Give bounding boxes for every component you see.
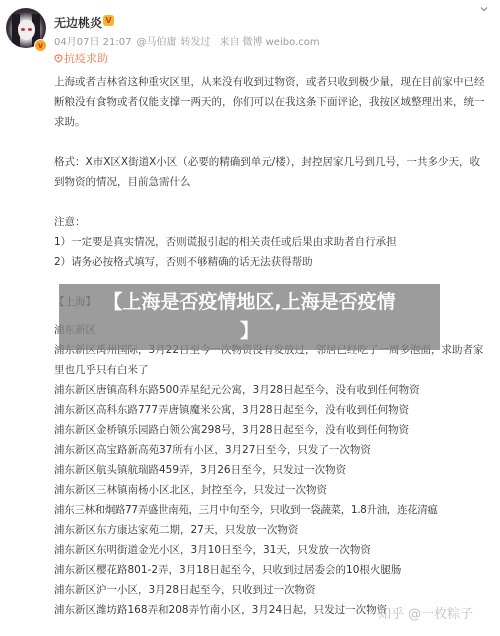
watermark: 知乎 @一枚粽子 (378, 603, 473, 622)
avatar-eye (28, 28, 32, 31)
topic-tag[interactable]: 抗疫求助 (54, 50, 108, 66)
vip-badge-icon: V (103, 15, 114, 26)
report-item: 浦东新区东方康达家苑二期，27天，只发放一次物资 (54, 520, 486, 540)
notice-item: 1）一定要是真实情况，否则谎报引起的相关责任或后果由求助者自行承担 (54, 232, 486, 252)
report-item: 浦东新区樱花路801-2弄，3月18日起至今，只收到过居委会的10根火腿肠 (54, 560, 486, 580)
report-item: 浦东新区唐镇高科东路500弄星纪元公寓，3月28日起至今，没有收到任何物资 (54, 380, 486, 400)
repost-action: 转发过 (180, 37, 210, 48)
intro-paragraph: 上海或者吉林省这种重灾区里，从来没有收到过物资，或者只收到极少量，现在目前家中已… (54, 72, 486, 132)
chevron-down-icon[interactable] (480, 5, 488, 13)
report-item: 浦东新区东明街道金光小区，3月10日至今，31天，只发放一次物资 (54, 540, 486, 560)
format-paragraph: 格式：X市X区X街道X小区（必要的精确到单元/楼），封控居家几号到几号，一共多少… (54, 152, 486, 192)
post-timestamp[interactable]: 04月07日 21:07 (54, 37, 131, 48)
username-link[interactable]: 无边桃炎 (54, 14, 102, 31)
report-item: 浦东新区航头镇航瑞路459弄，3月26日至今，只发过一次物资 (54, 460, 486, 480)
title-overlay-banner: 【上海是否疫情地区,上海是否疫情 】 (59, 284, 440, 350)
report-item: 浦东新区高科东路777弄唐镇魔米公寓，3月28日起至今，没有收到任何物资 (54, 400, 486, 420)
report-item: 浦东新区三林镇南杨小区北区，封控至今，只发过一次物资 (54, 480, 486, 500)
avatar-eye (21, 28, 25, 31)
post-meta: 04月07日 21:07@马伯庸转发过来自微博 weibo.com (54, 33, 325, 48)
notice-item: 2）请务必按格式填写，否则不够精确的话无法获得帮助 (54, 252, 486, 272)
notice-title: 注意： (54, 212, 486, 232)
overlay-title-line: 】 (59, 317, 440, 346)
verified-icon: v (34, 39, 47, 52)
topic-label: 抗疫求助 (64, 52, 108, 65)
weibo-post: v 无边桃炎 V 04月07日 21:07@马伯庸转发过来自微博 weibo.c… (0, 0, 500, 636)
source-prefix: 来自 (219, 37, 239, 48)
source-link[interactable]: 微博 weibo.com (242, 37, 319, 48)
mention-link[interactable]: @马伯庸 (136, 37, 176, 48)
overlay-title-line: 【上海是否疫情地区,上海是否疫情 (59, 288, 440, 317)
report-item: 浦东新区沪一小区，3月28日起至今，只收到过一次物资 (54, 580, 486, 600)
report-item: 浦东新区高宝路新高苑37所有小区，3月27日至今，只发了一次物资 (54, 440, 486, 460)
report-item: 浦东三林和炯路77弄盛世南苑，三月中旬至今，只收到一袋蔬菜，1.8升油，连花清瘟 (54, 500, 486, 520)
location-pin-icon (54, 54, 63, 63)
report-item: 浦东新区金桥镇乐园路白领公寓298号，3月28日起至今，没有收到任何物资 (54, 420, 486, 440)
